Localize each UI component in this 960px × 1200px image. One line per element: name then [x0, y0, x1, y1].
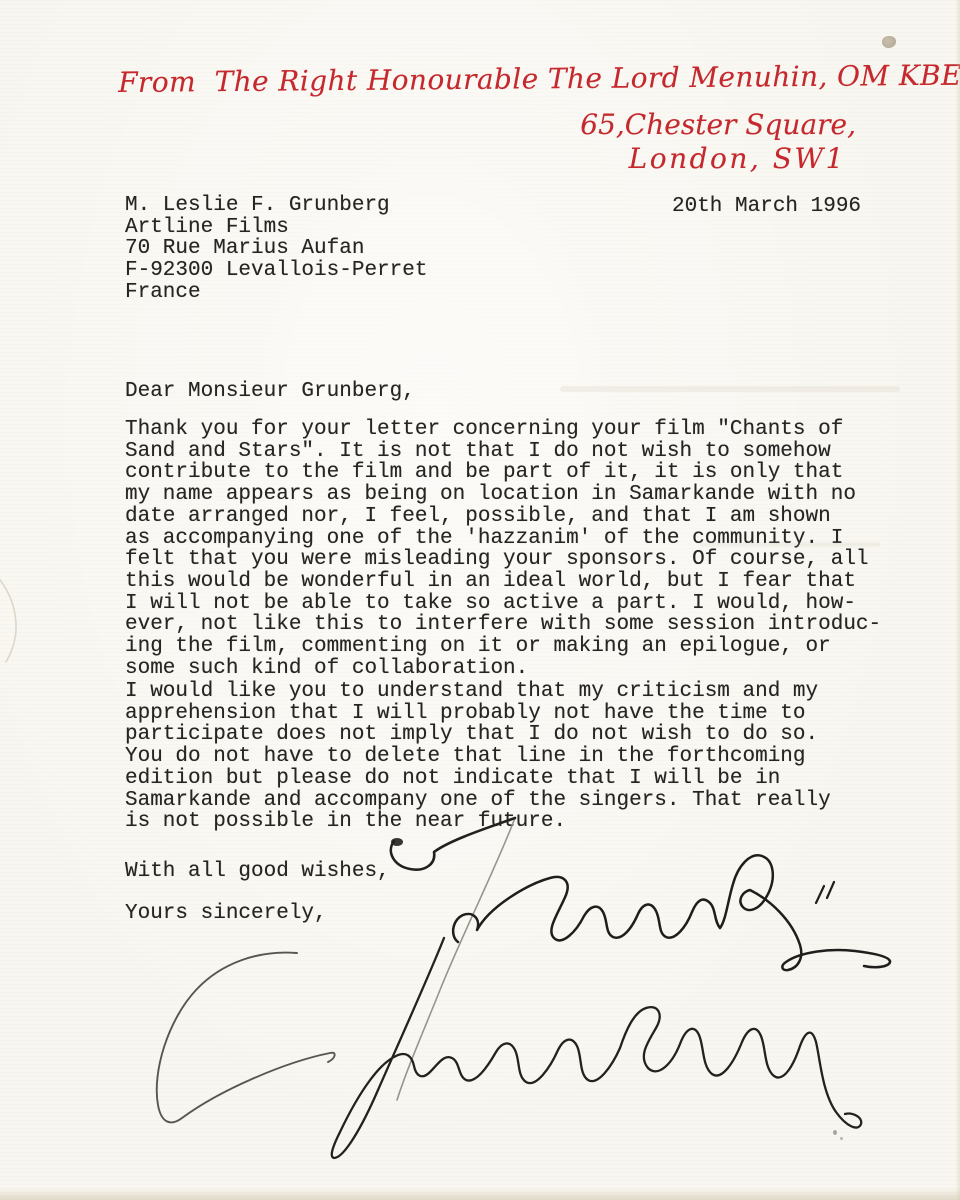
scanner-streak [560, 386, 900, 392]
ink-speck [833, 1130, 837, 1135]
signature-yehudi-menuhin [0, 0, 960, 1200]
scan-right-edge [955, 0, 960, 1200]
scanner-streak [700, 542, 880, 547]
scan-bottom-edge [0, 1188, 960, 1200]
ink-speck [840, 1137, 843, 1140]
letter-scan-page: From The Right Honourable The Lord Menuh… [0, 0, 960, 1200]
